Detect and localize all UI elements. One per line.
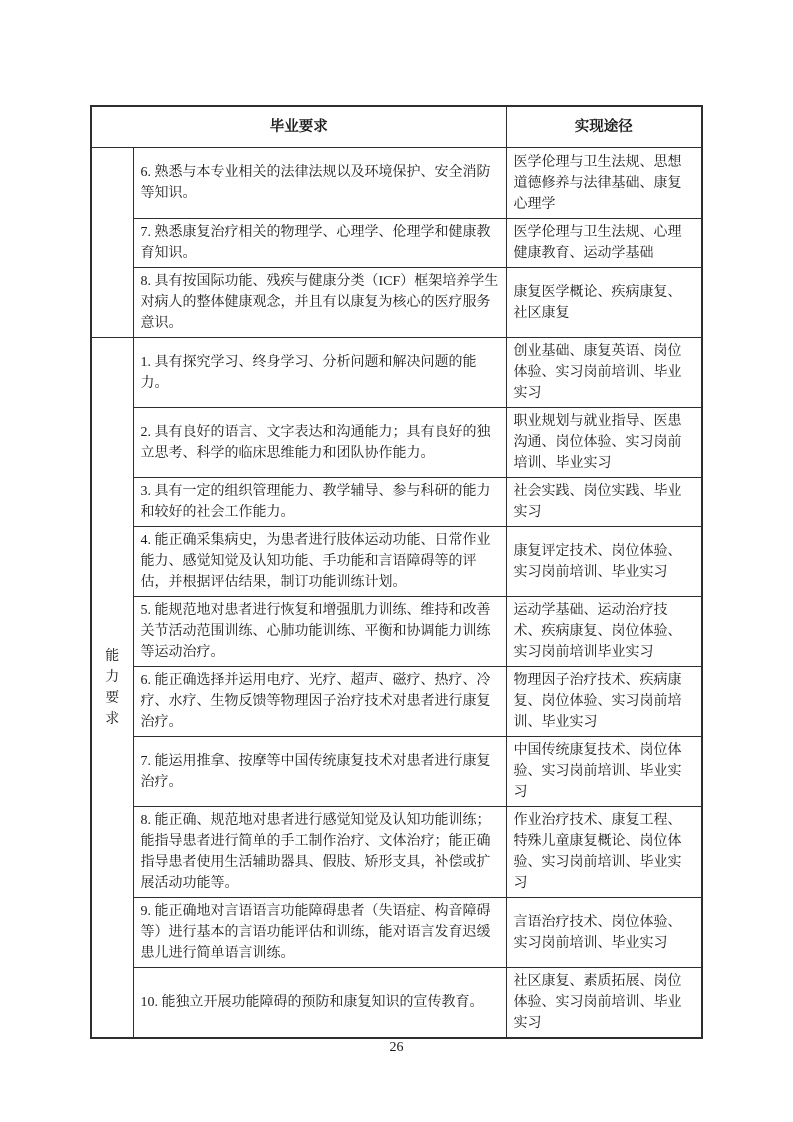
section-label-ability: 能力要求	[91, 338, 133, 1039]
table-row: 7. 能运用推拿、按摩等中国传统康复技术对患者进行康复治疗。 中国传统康复技术、…	[91, 737, 702, 807]
requirement-cell: 1. 具有探究学习、终身学习、分析问题和解决问题的能力。	[133, 338, 506, 408]
requirement-cell: 9. 能正确地对言语语言功能障碍患者（失语症、构音障碍等）进行基本的言语功能评估…	[133, 898, 506, 968]
table-row: 2. 具有良好的语言、文字表达和沟通能力；具有良好的独立思考、科学的临床思维能力…	[91, 408, 702, 478]
table-row: 8. 能正确、规范地对患者进行感觉知觉及认知功能训练；能指导患者进行简单的手工制…	[91, 807, 702, 898]
requirement-cell: 7. 熟悉康复治疗相关的物理学、心理学、伦理学和健康教育知识。	[133, 219, 506, 268]
table-row: 6. 能正确选择并运用电疗、光疗、超声、磁疗、热疗、冷疗、水疗、生物反馈等物理因…	[91, 667, 702, 737]
requirement-cell: 8. 具有按国际功能、残疾与健康分类（ICF）框架培养学生对病人的整体健康观念，…	[133, 268, 506, 338]
requirement-cell: 6. 能正确选择并运用电疗、光疗、超声、磁疗、热疗、冷疗、水疗、生物反馈等物理因…	[133, 667, 506, 737]
requirement-cell: 2. 具有良好的语言、文字表达和沟通能力；具有良好的独立思考、科学的临床思维能力…	[133, 408, 506, 478]
table-row: 7. 熟悉康复治疗相关的物理学、心理学、伦理学和健康教育知识。 医学伦理与卫生法…	[91, 219, 702, 268]
table-row: 4. 能正确采集病史，为患者进行肢体运动功能、日常作业能力、感觉知觉及认知功能、…	[91, 527, 702, 597]
section-label-knowledge	[91, 148, 133, 338]
requirement-cell: 7. 能运用推拿、按摩等中国传统康复技术对患者进行康复治疗。	[133, 737, 506, 807]
graduation-requirements-table: 毕业要求 实现途径 6. 熟悉与本专业相关的法律法规以及环境保护、安全消防等知识…	[90, 105, 703, 1039]
pathway-cell: 运动学基础、运动治疗技术、疾病康复、岗位体验、实习岗前培训毕业实习	[506, 597, 702, 667]
pathway-cell: 职业规划与就业指导、医患沟通、岗位体验、实习岗前培训、毕业实习	[506, 408, 702, 478]
column-header-requirements: 毕业要求	[91, 106, 506, 148]
pathway-cell: 康复评定技术、岗位体验、实习岗前培训、毕业实习	[506, 527, 702, 597]
page-number: 26	[0, 1040, 793, 1056]
pathway-cell: 创业基础、康复英语、岗位体验、实习岗前培训、毕业实习	[506, 338, 702, 408]
table-row: 能力要求 1. 具有探究学习、终身学习、分析问题和解决问题的能力。 创业基础、康…	[91, 338, 702, 408]
table-row: 8. 具有按国际功能、残疾与健康分类（ICF）框架培养学生对病人的整体健康观念，…	[91, 268, 702, 338]
pathway-cell: 医学伦理与卫生法规、思想道德修养与法律基础、康复心理学	[506, 148, 702, 219]
table-row: 5. 能规范地对患者进行恢复和增强肌力训练、维持和改善关节活动范围训练、心肺功能…	[91, 597, 702, 667]
requirement-cell: 5. 能规范地对患者进行恢复和增强肌力训练、维持和改善关节活动范围训练、心肺功能…	[133, 597, 506, 667]
table-row: 3. 具有一定的组织管理能力、教学辅导、参与科研的能力和较好的社会工作能力。 社…	[91, 478, 702, 527]
table-header-row: 毕业要求 实现途径	[91, 106, 702, 148]
requirement-cell: 3. 具有一定的组织管理能力、教学辅导、参与科研的能力和较好的社会工作能力。	[133, 478, 506, 527]
document-page: 毕业要求 实现途径 6. 熟悉与本专业相关的法律法规以及环境保护、安全消防等知识…	[0, 0, 793, 1122]
pathway-cell: 物理因子治疗技术、疾病康复、岗位体验、实习岗前培训、毕业实习	[506, 667, 702, 737]
table-row: 6. 熟悉与本专业相关的法律法规以及环境保护、安全消防等知识。 医学伦理与卫生法…	[91, 148, 702, 219]
requirement-cell: 8. 能正确、规范地对患者进行感觉知觉及认知功能训练；能指导患者进行简单的手工制…	[133, 807, 506, 898]
pathway-cell: 言语治疗技术、岗位体验、实习岗前培训、毕业实习	[506, 898, 702, 968]
pathway-cell: 医学伦理与卫生法规、心理健康教育、运动学基础	[506, 219, 702, 268]
table-row: 10. 能独立开展功能障碍的预防和康复知识的宣传教育。 社区康复、素质拓展、岗位…	[91, 968, 702, 1039]
requirement-cell: 4. 能正确采集病史，为患者进行肢体运动功能、日常作业能力、感觉知觉及认知功能、…	[133, 527, 506, 597]
pathway-cell: 作业治疗技术、康复工程、特殊儿童康复概论、岗位体验、实习岗前培训、毕业实习	[506, 807, 702, 898]
pathway-cell: 社会实践、岗位实践、毕业实习	[506, 478, 702, 527]
requirement-cell: 10. 能独立开展功能障碍的预防和康复知识的宣传教育。	[133, 968, 506, 1039]
pathway-cell: 社区康复、素质拓展、岗位体验、实习岗前培训、毕业实习	[506, 968, 702, 1039]
table-row: 9. 能正确地对言语语言功能障碍患者（失语症、构音障碍等）进行基本的言语功能评估…	[91, 898, 702, 968]
column-header-pathways: 实现途径	[506, 106, 702, 148]
requirement-cell: 6. 熟悉与本专业相关的法律法规以及环境保护、安全消防等知识。	[133, 148, 506, 219]
pathway-cell: 中国传统康复技术、岗位体验、实习岗前培训、毕业实习	[506, 737, 702, 807]
pathway-cell: 康复医学概论、疾病康复、社区康复	[506, 268, 702, 338]
